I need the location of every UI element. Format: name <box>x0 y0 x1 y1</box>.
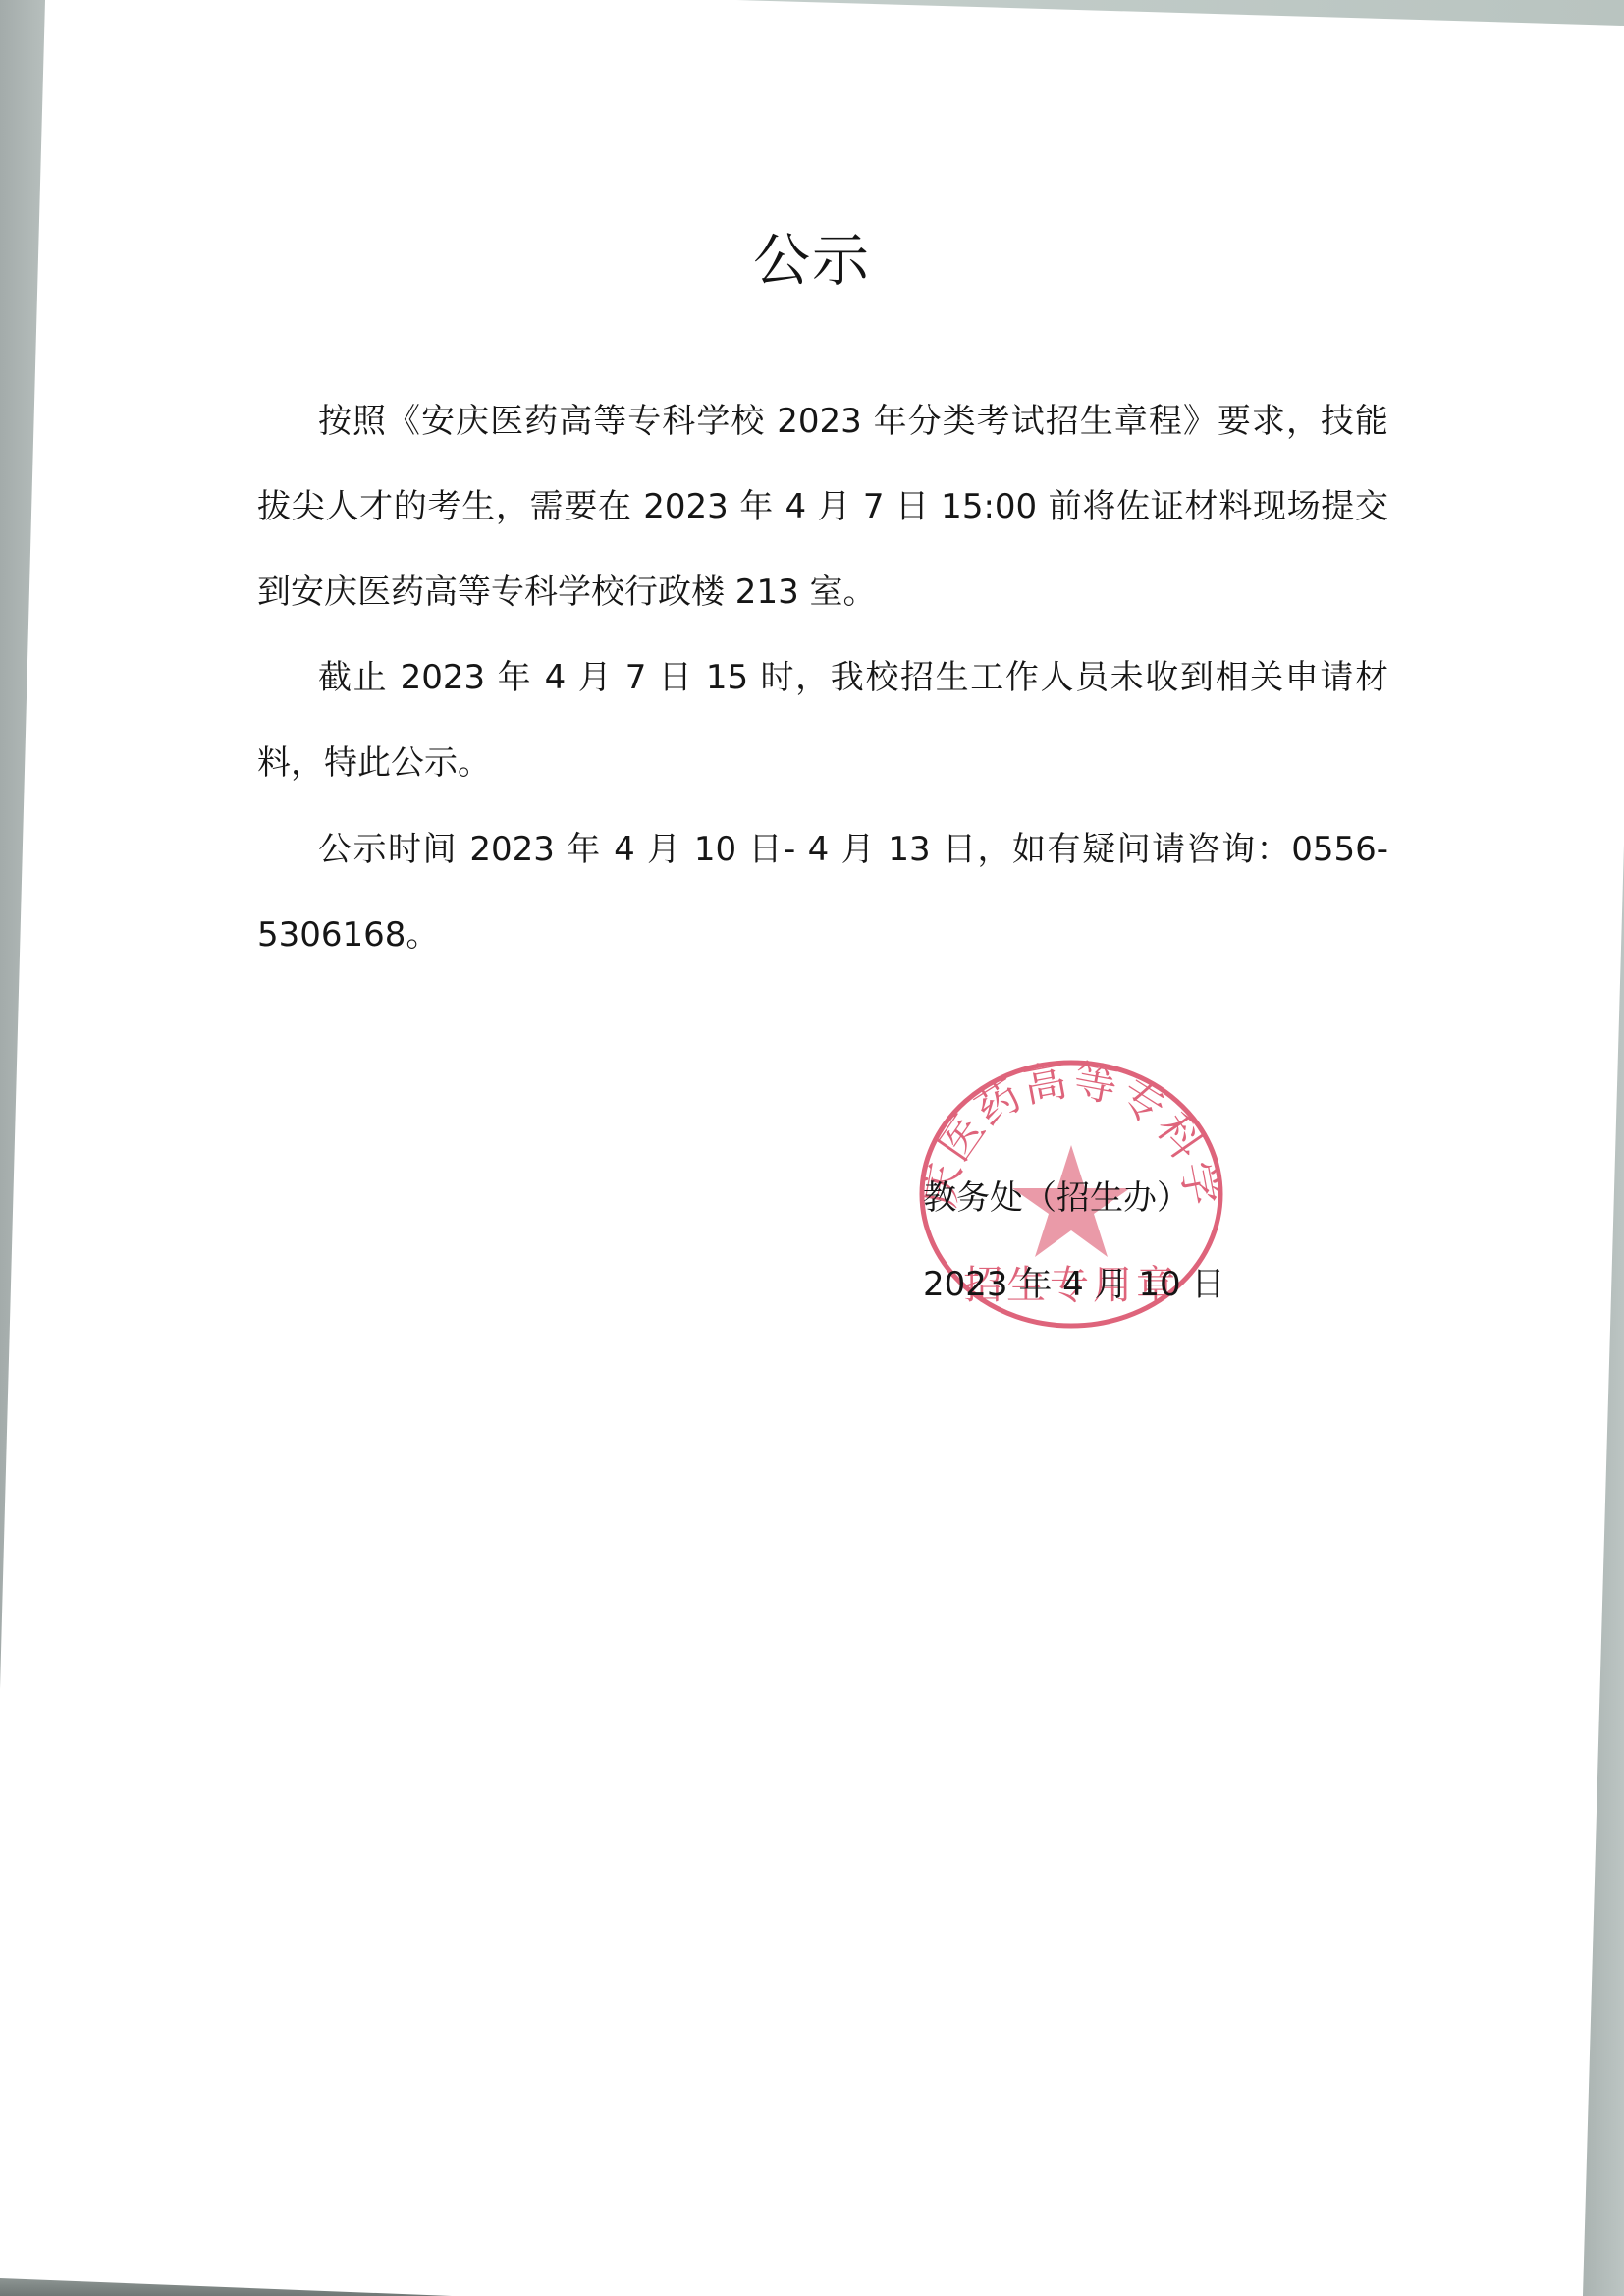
paragraph-text: 公示时间 2023 年 4 月 10 日- 4 月 13 日，如有疑问请咨询：0… <box>257 807 1388 978</box>
paragraph-text: 按照《安庆医药高等专科学校 2023 年分类考试招生章程》要求，技能拔尖人才的考… <box>257 379 1388 635</box>
paragraph-text: 截止 2023 年 4 月 7 日 15 时，我校招生工作人员未收到相关申请材料… <box>257 635 1388 806</box>
scan-shadow-top <box>736 0 1624 26</box>
scan-shadow-right <box>1583 845 1624 2296</box>
paragraph-notice-period: 公示时间 2023 年 4 月 10 日- 4 月 13 日，如有疑问请咨询：0… <box>257 807 1388 978</box>
paragraph-status: 截止 2023 年 4 月 7 日 15 时，我校招生工作人员未收到相关申请材料… <box>257 635 1388 806</box>
scan-shadow-bottom <box>0 2278 452 2296</box>
document-title: 公示 <box>0 214 1624 297</box>
signature-date: 2023 年 4 月 10 日 <box>923 1257 1224 1305</box>
signature-department: 教务处（招生办） <box>923 1171 1190 1219</box>
paragraph-requirements: 按照《安庆医药高等专科学校 2023 年分类考试招生章程》要求，技能拔尖人才的考… <box>257 379 1388 635</box>
